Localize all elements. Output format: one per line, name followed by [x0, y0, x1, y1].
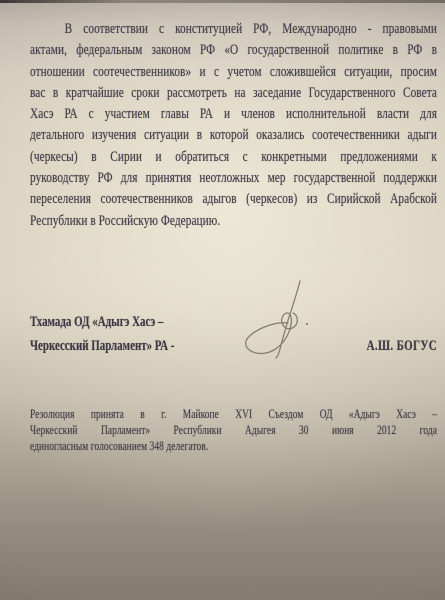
adoption-note-line: Черкесский Парламент» Республики Адыгея …: [30, 422, 437, 438]
signatory-title: Тхамада ОД «Адыгэ Хасэ – Черкесский Парл…: [30, 310, 174, 358]
paragraph-line: детального изучения ситуации в которой о…: [30, 125, 437, 146]
signature-block: Тхамада ОД «Адыгэ Хасэ – Черкесский Парл…: [30, 310, 437, 358]
paragraph-line: Хасэ РА с участием главы РА и членов исп…: [30, 104, 437, 125]
paragraph-line: отношении соотечественников» и с учетом …: [30, 62, 437, 83]
adoption-note: Резолюция принята в г. Майкопе XVI Съезд…: [30, 406, 437, 454]
adoption-note-line: единогласным голосованием 348 делегатов.: [30, 438, 437, 454]
handwritten-signature-icon: [236, 279, 324, 361]
paragraph-line: вас в кратчайшие сроки рассмотреть на за…: [30, 83, 437, 104]
paragraph-line: Республики в Российскую Федерацию.: [30, 211, 437, 232]
signatory-title-line: Черкесский Парламент» РА -: [30, 334, 174, 358]
paragraph-line: (черкесы) в Сирии и обратиться с конкрет…: [30, 147, 437, 168]
paragraph-line: актами, федеральным законом РФ «О госуда…: [30, 40, 437, 61]
signatory-title-line: Тхамада ОД «Адыгэ Хасэ –: [30, 310, 174, 334]
document-photo: В соответствии с конституцией РФ, Междун…: [0, 0, 445, 600]
paragraph-line: руководству РФ для принятия неотложных м…: [30, 168, 437, 189]
resolution-paragraph: В соответствии с конституцией РФ, Междун…: [30, 19, 437, 232]
signatory-name: А.Ш. БОГУС: [367, 334, 437, 358]
paragraph-line: переселения соотечественников адыгов (че…: [30, 189, 437, 210]
adoption-note-line: Резолюция принята в г. Майкопе XVI Съезд…: [30, 406, 437, 422]
paragraph-line: В соответствии с конституцией РФ, Междун…: [30, 19, 437, 40]
document-text-layer: В соответствии с конституцией РФ, Междун…: [30, 0, 437, 454]
